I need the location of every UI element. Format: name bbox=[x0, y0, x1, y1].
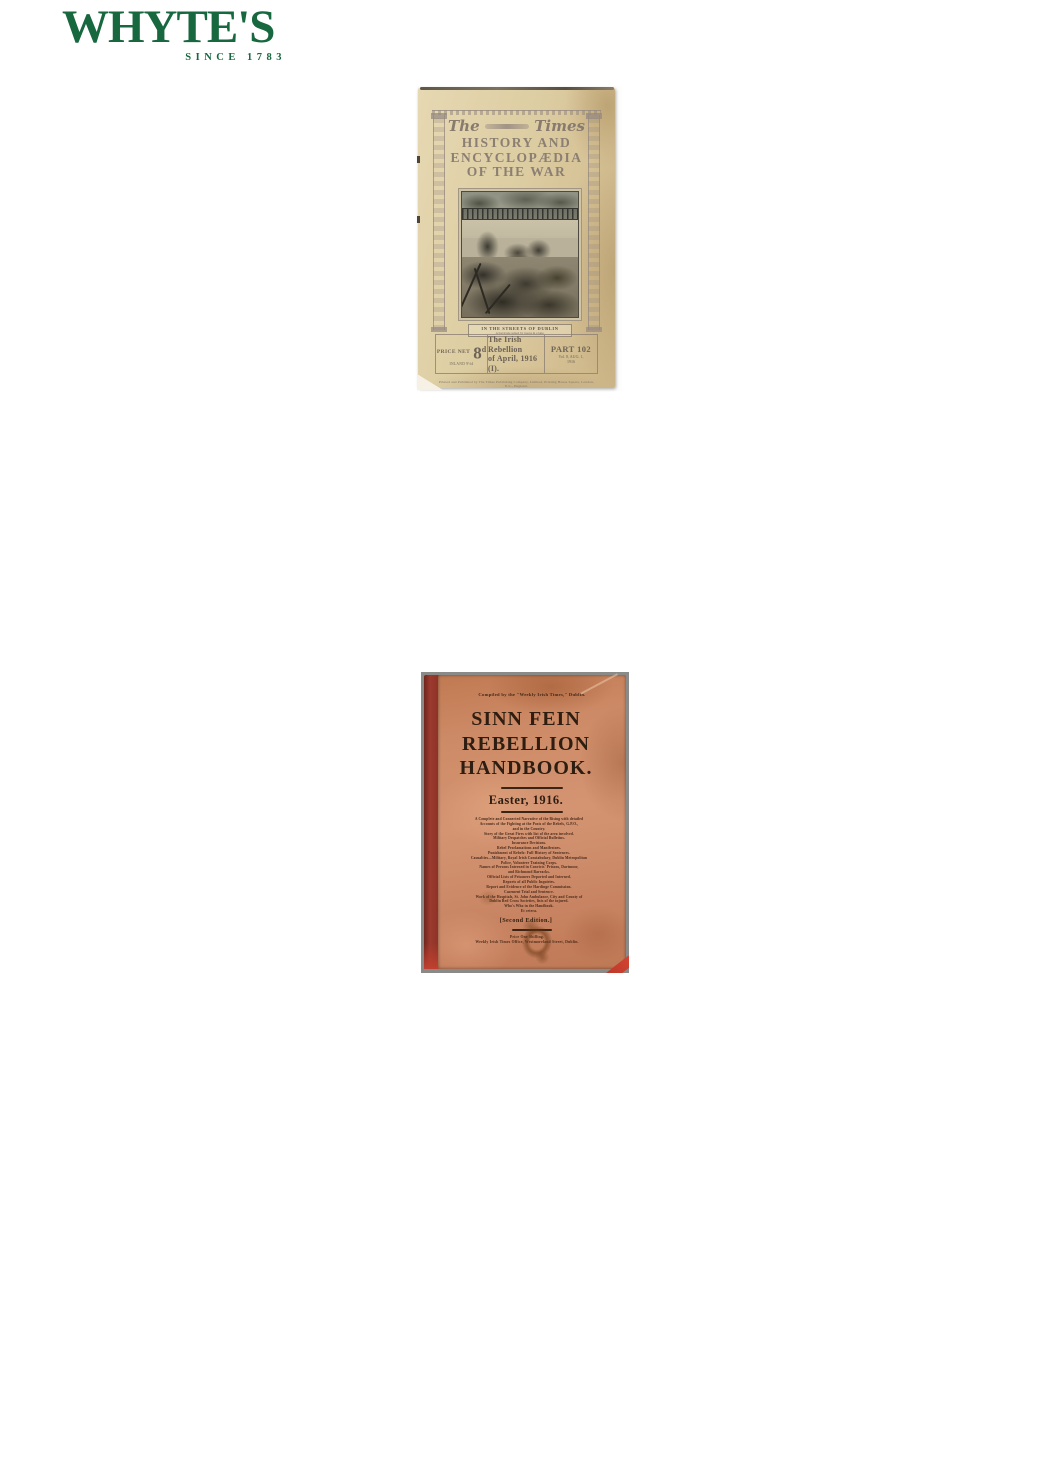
cover-cornice-ornament bbox=[432, 110, 601, 115]
cover-info-row: PRICE NET 8d INLAND 9½d The Irish Rebell… bbox=[435, 334, 598, 374]
book-spine bbox=[424, 675, 439, 969]
handbook-title-line: REBELLION bbox=[444, 732, 608, 757]
cover-right-column-ornament bbox=[588, 115, 600, 330]
lot-image-sinn-fein-handbook[interactable]: Compiled by the "Weekly Irish Times," Du… bbox=[421, 672, 629, 973]
part-number: PART 102 bbox=[551, 344, 591, 354]
handbook-title-line: SINN FEIN bbox=[444, 707, 608, 732]
whytes-logo[interactable]: WHYTE'S SINCE 1783 bbox=[62, 4, 288, 66]
price-inland-note: INLAND 9½d bbox=[450, 362, 474, 366]
compiled-line: Compiled by the "Weekly Irish Times," Du… bbox=[438, 692, 626, 697]
cover-photo-frame bbox=[458, 188, 582, 321]
logo-tagline: SINCE 1783 bbox=[185, 52, 286, 63]
price-words: PRICE NET bbox=[437, 349, 470, 355]
stain-mark-small bbox=[478, 890, 498, 906]
catalogue-page: { "logo": { "name": "WHYTE'S", "tagline"… bbox=[0, 0, 1040, 1471]
date-line: Easter, 1916. bbox=[438, 793, 614, 808]
cover-photo-dublin-streets bbox=[461, 191, 579, 318]
spine-nick bbox=[417, 156, 420, 163]
masthead-the: The bbox=[448, 117, 480, 135]
logo-wordmark: WHYTE'S bbox=[62, 4, 288, 51]
stain-mark bbox=[512, 915, 563, 969]
subject-box: The Irish Rebellion of April, 1916 (I). bbox=[488, 335, 545, 373]
pamphlet-title-line: ENCYCLOPÆDIA bbox=[448, 151, 585, 166]
pamphlet-title-line: HISTORY AND bbox=[448, 136, 585, 151]
subject-line-2: of April, 1916 (I). bbox=[488, 354, 544, 373]
spine-nick bbox=[417, 216, 420, 223]
pamphlet-cover: The Times HISTORY ANDENCYCLOPÆDIAOF THE … bbox=[418, 88, 615, 388]
pamphlet-title-line: OF THE WAR bbox=[448, 165, 585, 180]
rule bbox=[501, 811, 563, 813]
handbook-title: SINN FEINREBELLIONHANDBOOK. bbox=[444, 707, 608, 781]
handbook-title-line: HANDBOOK. bbox=[444, 756, 608, 781]
subject-line-1: The Irish Rebellion bbox=[488, 335, 544, 354]
contents-line: Et cetera. bbox=[442, 909, 616, 914]
rule bbox=[501, 787, 563, 789]
photo-railings bbox=[462, 208, 578, 219]
price-value: 8d bbox=[473, 342, 486, 362]
part-year: 1916 bbox=[567, 359, 575, 364]
masthead: The Times bbox=[448, 117, 585, 135]
pamphlet-title: HISTORY ANDENCYCLOPÆDIAOF THE WAR bbox=[448, 136, 585, 180]
handbook-cover: Compiled by the "Weekly Irish Times," Du… bbox=[438, 675, 626, 969]
publisher-imprint: Printed and Published by The Times Publi… bbox=[438, 380, 595, 388]
masthead-times: Times bbox=[534, 117, 585, 135]
scrollwork-ornament bbox=[485, 124, 529, 129]
price-box: PRICE NET 8d INLAND 9½d bbox=[436, 335, 488, 373]
contents-summary: A Complete and Connected Narrative of th… bbox=[442, 817, 616, 914]
part-box: PART 102 Vol. 8, AUG. 1, 1916 bbox=[545, 335, 597, 373]
cover-left-column-ornament bbox=[433, 115, 445, 330]
lot-image-times-history[interactable]: The Times HISTORY ANDENCYCLOPÆDIAOF THE … bbox=[417, 86, 622, 391]
